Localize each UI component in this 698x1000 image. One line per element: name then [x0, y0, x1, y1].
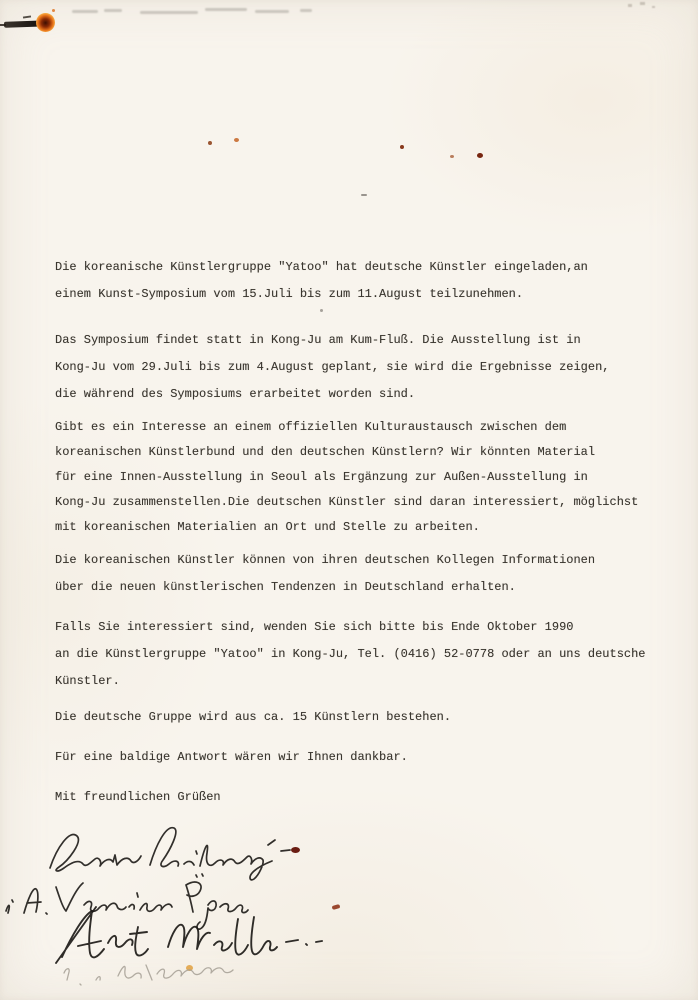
ink-streak-dash — [23, 15, 31, 18]
ink-stain — [332, 904, 341, 910]
signature-sarah-chilensky — [50, 828, 290, 880]
corner-speck — [652, 6, 655, 8]
ink-stain — [234, 138, 239, 142]
corner-speck — [628, 4, 632, 7]
ink-stain — [186, 965, 193, 971]
signature-antje-melli — [56, 907, 322, 963]
paragraph-cultural-exchange: Gibt es ein Interesse an einem offiziell… — [55, 415, 685, 540]
paragraph-contact-details: Falls Sie interessiert sind, wenden Sie … — [55, 614, 685, 695]
bleed-through-mark — [205, 8, 247, 11]
paragraph-symposium-location: Das Symposium findet statt in Kong-Ju am… — [55, 327, 685, 408]
pencil-speck — [361, 194, 367, 196]
paragraph-information-exchange: Die koreanischen Künstler können von ihr… — [55, 547, 685, 601]
ink-stain — [450, 155, 454, 158]
paragraph-invitation: Die koreanische Künstlergruppe "Yatoo" h… — [55, 254, 685, 308]
bleed-through-mark — [300, 9, 312, 12]
signature-veronika-poegel — [6, 874, 248, 929]
closing-salutation: Mit freundlichen Grüßen — [55, 784, 685, 811]
ink-stain — [208, 141, 212, 145]
ink-stain — [477, 153, 483, 158]
pencil-speck — [320, 309, 323, 312]
bleed-through-mark — [72, 10, 98, 13]
letter-page: Die koreanische Künstlergruppe "Yatoo" h… — [0, 0, 698, 1000]
orange-ink-dot — [52, 9, 55, 12]
bleed-through-mark — [104, 9, 122, 12]
bleed-through-mark — [255, 10, 289, 13]
ink-streak-dash — [0, 24, 6, 26]
ink-stain — [400, 145, 404, 149]
signature-faint-note — [64, 965, 233, 985]
ink-stain — [291, 847, 300, 853]
paragraph-group-size: Die deutsche Gruppe wird aus ca. 15 Küns… — [55, 704, 685, 731]
ink-streak — [4, 20, 50, 28]
bleed-through-mark — [140, 11, 198, 14]
orange-ink-blob — [36, 13, 55, 32]
corner-speck — [640, 2, 645, 5]
paragraph-reply-request: Für eine baldige Antwort wären wir Ihnen… — [55, 744, 685, 771]
signature-block — [0, 815, 400, 1000]
